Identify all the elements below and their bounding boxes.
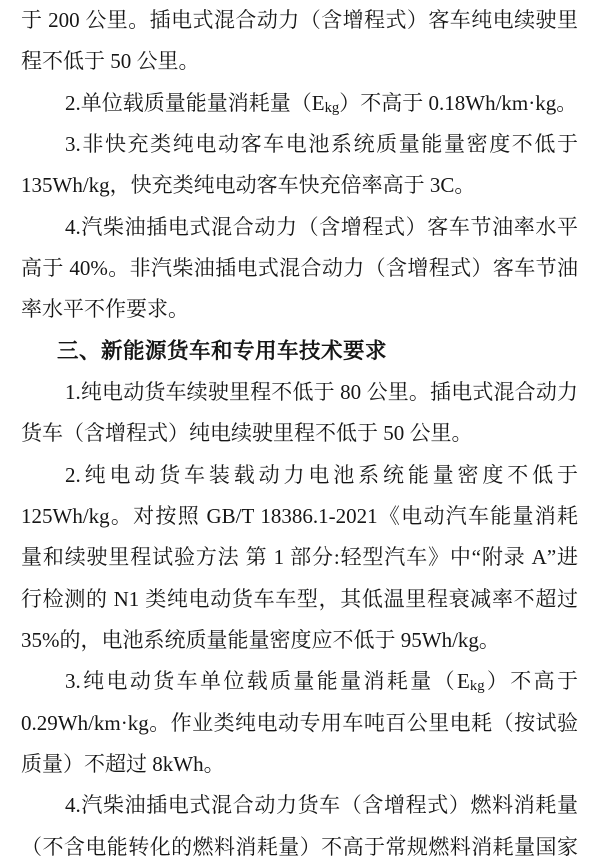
doc-line: 量和续驶里程试验方法 第 1 部分:轻型汽车》中“附录 A”进 [21, 537, 578, 578]
doc-line: （不含电能转化的燃料消耗量）不高于常规燃料消耗量国家 [21, 827, 578, 868]
doc-text: 2.单位载质量能量消耗量（E [65, 91, 325, 115]
doc-line: 2.单位载质量能量消耗量（Ekg）不高于 0.18Wh/km·kg。 [21, 83, 578, 124]
doc-line: 3.非快充类纯电动客车电池系统质量能量密度不低于 [21, 124, 578, 165]
doc-line: 于 200 公里。插电式混合动力（含增程式）客车纯电续驶里 [21, 0, 578, 41]
doc-line: 行检测的 N1 类纯电动货车车型，其低温里程衰减率不超过 [21, 579, 578, 620]
doc-line: 4.汽柴油插电式混合动力（含增程式）客车节油率水平 [21, 207, 578, 248]
doc-line: 质量）不超过 8kWh。 [21, 744, 578, 785]
subscript-kg: kg [325, 99, 340, 115]
doc-line: 高于 40%。非汽柴油插电式混合动力（含增程式）客车节油 [21, 248, 578, 289]
doc-line: 2.纯电动货车装载动力电池系统能量密度不低于 [21, 455, 578, 496]
doc-line: 率水平不作要求。 [21, 289, 578, 330]
doc-text: 3.纯电动货车单位载质量能量消耗量（E [65, 669, 470, 693]
doc-line: 程不低于 50 公里。 [21, 41, 578, 82]
doc-text: ）不高于 [485, 669, 578, 693]
doc-line: 135Wh/kg，快充类纯电动客车快充倍率高于 3C。 [21, 165, 578, 206]
doc-line: 125Wh/kg。对按照 GB/T 18386.1-2021《电动汽车能量消耗 [21, 496, 578, 537]
doc-line: 4.汽柴油插电式混合动力货车（含增程式）燃料消耗量 [21, 785, 578, 826]
doc-text: ）不高于 0.18Wh/km·kg。 [339, 91, 577, 115]
doc-line: 35%的，电池系统质量能量密度应不低于 95Wh/kg。 [21, 620, 578, 661]
doc-line: 0.29Wh/km·kg。作业类纯电动专用车吨百公里电耗（按试验 [21, 703, 578, 744]
doc-line: 3.纯电动货车单位载质量能量消耗量（Ekg）不高于 [21, 661, 578, 702]
section-heading: 三、新能源货车和专用车技术要求 [21, 331, 578, 372]
doc-line: 1.纯电动货车续驶里程不低于 80 公里。插电式混合动力 [21, 372, 578, 413]
doc-line: 货车（含增程式）纯电续驶里程不低于 50 公里。 [21, 413, 578, 454]
subscript-kg: kg [470, 678, 485, 694]
document-page: 于 200 公里。插电式混合动力（含增程式）客车纯电续驶里 程不低于 50 公里… [0, 0, 600, 868]
